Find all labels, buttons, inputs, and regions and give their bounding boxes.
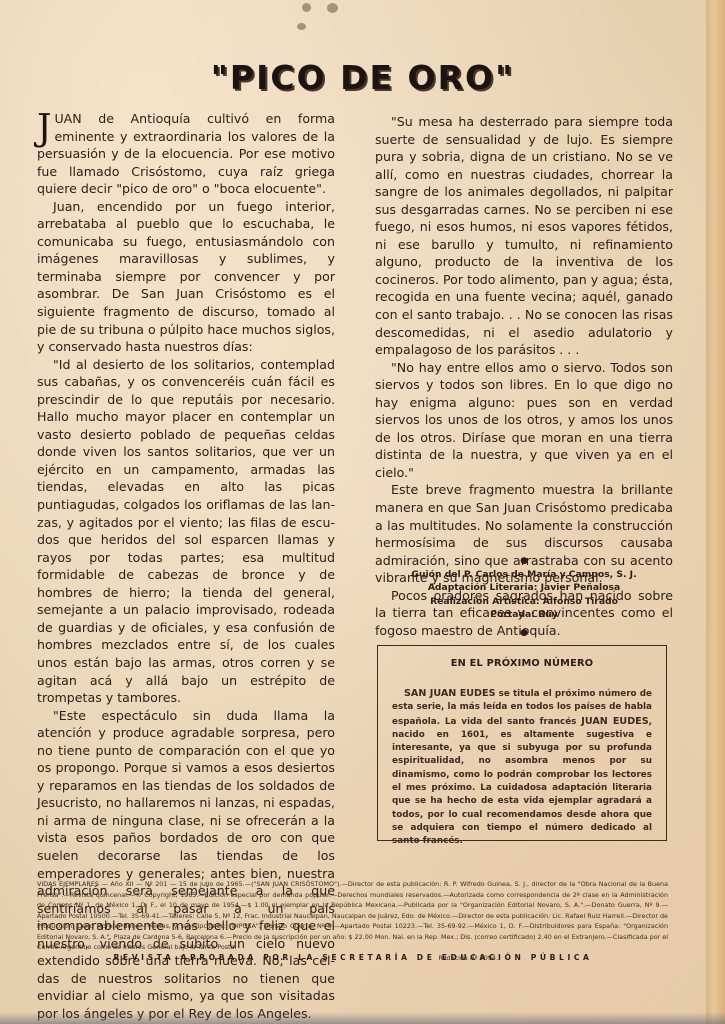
quote-paragraph: "Este espectáculo sin duda llama la aten… [37,707,335,1023]
bullet-separator: ● [375,555,673,567]
quote-paragraph: "No hay entre ellos amo o siervo. Todos … [375,359,673,482]
next-issue-heading: EN EL PRÓXIMO NÚMERO [392,658,652,669]
credit-adaptation: Adaptación Literaria: Javier Peñalosa [375,581,673,594]
next-issue-box: EN EL PRÓXIMO NÚMERO SAN JUAN EUDES se t… [377,645,667,841]
approval-line: REVISTA APROBADA POR LA SECRETARÍA DE ED… [0,953,706,962]
bullet-separator: ● [375,627,673,639]
quote-paragraph: "Su mesa ha desterrado para siempre toda… [375,113,673,359]
article-title: "PICO DE ORO" [0,58,725,97]
imprint-text: VIDAS EJEMPLARES — Año XII — Nº 201 — 15… [37,879,668,953]
credit-cover: Portada: Ruy [375,608,673,621]
credit-art: Realización Artística: Alfonso Tirado [375,595,673,608]
credit-script: Guión del P. Carlos de María y Campos, S… [375,568,673,581]
next-issue-text: SAN JUAN EUDES se titula el próximo núme… [392,687,652,849]
drop-cap: J [37,114,51,144]
imprint-footer: VIDAS EJEMPLARES — Año XII — Nº 201 — 15… [37,879,668,963]
magazine-page: "PICO DE ORO" JUAN de Antioquía cultivó … [0,0,706,1024]
credits-block: Guión del P. Carlos de María y Campos, S… [375,568,673,621]
intro-paragraph: JUAN de Antioquía cultivó en forma emine… [37,110,335,198]
stain-mark [297,23,306,30]
page-edge [706,0,725,1024]
scan-shadow [0,1012,725,1024]
quote-paragraph: "Id al desierto de los solitarios, conte… [37,356,335,707]
paragraph: Juan, encendido por un fuego interior, a… [37,198,335,356]
stain-mark [327,3,338,13]
stain-mark [302,3,311,12]
